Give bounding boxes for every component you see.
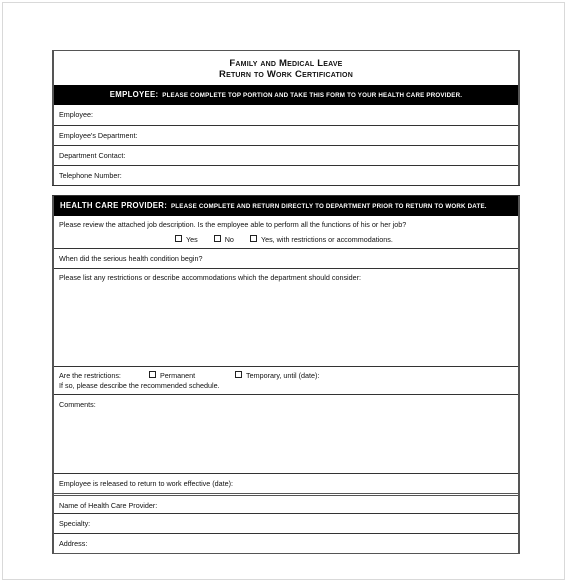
job-functions-options: Yes No Yes, with restrictions or accommo…: [59, 235, 518, 245]
telephone-number-field[interactable]: Telephone Number:: [54, 165, 518, 185]
checkbox-icon[interactable]: [235, 371, 242, 378]
option-label: Yes, with restrictions or accommodations…: [261, 235, 393, 244]
field-label: Please list any restrictions or describe…: [59, 273, 361, 282]
option-yes[interactable]: Yes: [175, 235, 198, 245]
form-title-line-2: Return to Work Certification: [54, 69, 518, 80]
field-label: Employee's Department:: [59, 131, 137, 140]
comments-field[interactable]: Comments:: [54, 394, 518, 473]
field-label: Employee:: [59, 110, 93, 119]
employee-section-header: EMPLOYEE: PLEASE COMPLETE TOP PORTION AN…: [54, 85, 518, 105]
employee-section-instructions: PLEASE COMPLETE TOP PORTION AND TAKE THI…: [162, 92, 462, 99]
option-yes-with-restrictions[interactable]: Yes, with restrictions or accommodations…: [250, 235, 393, 245]
option-label: Permanent: [160, 371, 195, 380]
checkbox-icon[interactable]: [250, 235, 257, 242]
schedule-prompt: If so, please describe the recommended s…: [59, 381, 518, 391]
provider-section-lead: HEALTH CARE PROVIDER:: [60, 201, 167, 210]
field-label: Address:: [59, 539, 87, 548]
department-contact-field[interactable]: Department Contact:: [54, 145, 518, 165]
option-permanent[interactable]: Permanent: [149, 371, 235, 381]
option-label: Yes: [186, 235, 198, 244]
section-divider: [52, 185, 520, 196]
restrictions-type-label: Are the restrictions:: [59, 371, 149, 381]
form-title: Family and Medical Leave Return to Work …: [54, 51, 518, 85]
field-label: Telephone Number:: [59, 171, 122, 180]
option-label: Temporary, until (date):: [246, 371, 319, 380]
provider-section-header: HEALTH CARE PROVIDER: PLEASE COMPLETE AN…: [54, 196, 518, 216]
provider-section-instructions: PLEASE COMPLETE AND RETURN DIRECTLY TO D…: [171, 203, 487, 210]
page: Family and Medical Leave Return to Work …: [2, 2, 565, 580]
field-label: Department Contact:: [59, 151, 125, 160]
form-title-line-1: Family and Medical Leave: [54, 58, 518, 69]
employee-name-field[interactable]: Employee:: [54, 105, 518, 125]
employee-department-field[interactable]: Employee's Department:: [54, 125, 518, 145]
return-to-work-form: Family and Medical Leave Return to Work …: [52, 50, 520, 554]
job-functions-question: Please review the attached job descripti…: [54, 216, 518, 248]
checkbox-icon[interactable]: [175, 235, 182, 242]
address-field[interactable]: Address:: [54, 533, 518, 553]
checkbox-icon[interactable]: [214, 235, 221, 242]
checkbox-icon[interactable]: [149, 371, 156, 378]
employee-section-lead: EMPLOYEE:: [110, 90, 159, 99]
option-temporary[interactable]: Temporary, until (date):: [235, 371, 319, 380]
field-label: Specialty:: [59, 519, 90, 528]
option-no[interactable]: No: [214, 235, 234, 245]
field-label: Employee is released to return to work e…: [59, 479, 233, 488]
option-label: No: [225, 235, 234, 244]
field-label: When did the serious health condition be…: [59, 254, 202, 263]
specialty-field[interactable]: Specialty:: [54, 513, 518, 533]
restrictions-type-field: Are the restrictions:PermanentTemporary,…: [54, 366, 518, 394]
release-date-field[interactable]: Employee is released to return to work e…: [54, 473, 518, 493]
job-functions-question-text: Please review the attached job descripti…: [59, 220, 518, 230]
field-label: Comments:: [59, 400, 96, 409]
condition-begin-field[interactable]: When did the serious health condition be…: [54, 248, 518, 268]
restrictions-description-field[interactable]: Please list any restrictions or describe…: [54, 268, 518, 366]
field-label: Name of Health Care Provider:: [59, 501, 157, 510]
provider-name-field[interactable]: Name of Health Care Provider:: [54, 493, 518, 513]
